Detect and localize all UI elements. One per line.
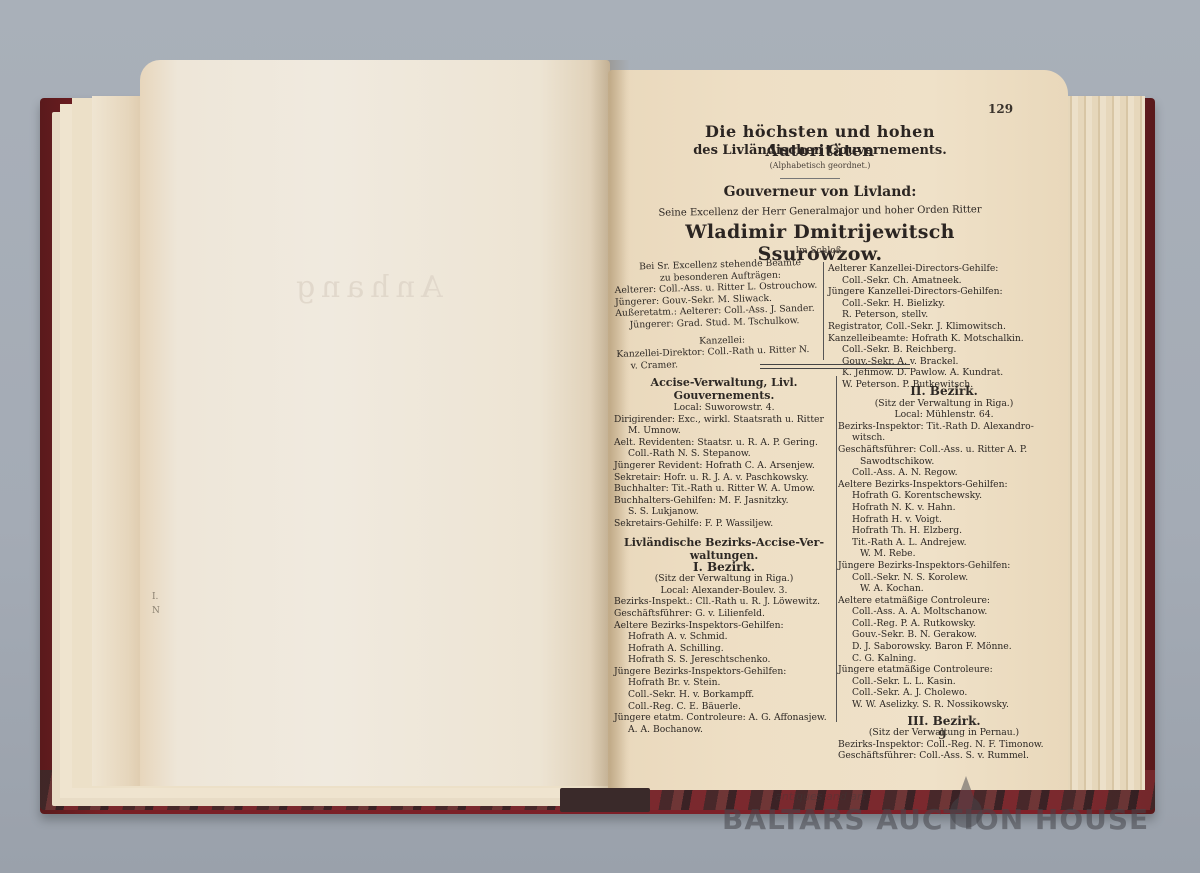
page-subtitle: des Livländischen Gouvernements. xyxy=(650,143,990,158)
margin-note: I. N xyxy=(152,590,160,618)
signature-mark: 9 xyxy=(938,728,946,742)
staff-right-column: Aelterer Kanzellei-Directors-Gehilfe: Co… xyxy=(828,263,1038,391)
column-divider xyxy=(823,262,824,360)
excise-right-column: II. Bezirk. (Sitz der Verwaltung in Riga… xyxy=(838,386,1050,762)
title-note: (Alphabetisch geordnet.) xyxy=(650,161,990,170)
governor-location: Im Schloß. xyxy=(650,246,990,256)
short-rule xyxy=(780,178,840,179)
watermark-text: BALTARS AUCTION HOUSE xyxy=(722,803,1149,836)
staff-left-column: Bei Sr. Excellenz stehende Beamte zu bes… xyxy=(614,256,829,372)
section-double-rule xyxy=(760,364,910,369)
governor-heading: Gouverneur von Livland: xyxy=(650,184,990,200)
column-divider-lower xyxy=(836,376,837,722)
spine-bottom xyxy=(560,788,650,812)
bleed-through-text: Anhang xyxy=(290,270,443,305)
left-page xyxy=(140,60,610,786)
page-number-top: 129 xyxy=(988,102,1013,116)
excise-left-column: Accise-Verwaltung, Livl. Gouvernements. … xyxy=(614,376,834,735)
watermark-tagline: antiques and art xyxy=(775,790,866,803)
